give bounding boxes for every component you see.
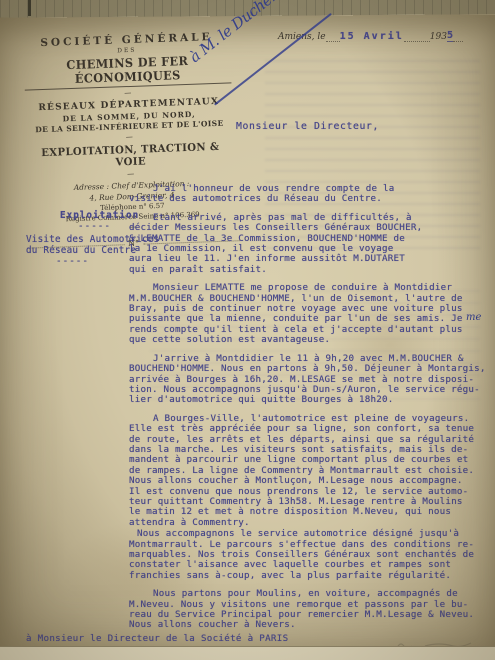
paragraph: Etant arrivé, après pas mal de difficult… <box>129 213 495 275</box>
paragraph: J'ai l'honneur de vous rendre compte de … <box>129 184 495 205</box>
dotted-rule <box>404 40 430 42</box>
date-day-month: 15 Avril <box>340 31 404 42</box>
scanned-letter: SOCIÉTÉ GÉNÉRALE DES CHEMINS DE FER ÉCON… <box>0 0 495 660</box>
department-title: EXPLOITATION, TRACTION & VOIE <box>25 140 237 171</box>
paragraph: Nous accompagnons le service automotrice… <box>129 529 495 581</box>
salutation: Monsieur le Directeur, <box>236 121 379 132</box>
letter-body: J'ai l'honneur de vous rendre compte de … <box>129 184 495 639</box>
paragraph: Nous partons pour Moulins, en voiture, a… <box>129 589 495 631</box>
paragraph: J'arrive à Montdidier le 11 à 9h,20 avec… <box>129 354 495 406</box>
addressee-line: à Monsieur le Directeur de la Société à … <box>26 633 288 644</box>
handwritten-insert: me <box>466 312 481 323</box>
date-year-printed: 193 <box>430 32 447 42</box>
ledger-mark <box>28 0 31 16</box>
dotted-rule <box>453 40 463 42</box>
sheet-below-edge <box>0 646 495 660</box>
paragraph: A Bourges-Ville, l'automotrice est plein… <box>129 414 495 528</box>
dotted-rule <box>326 40 340 42</box>
paragraph: Monsieur LEMATTE me propose de conduire … <box>129 283 495 345</box>
